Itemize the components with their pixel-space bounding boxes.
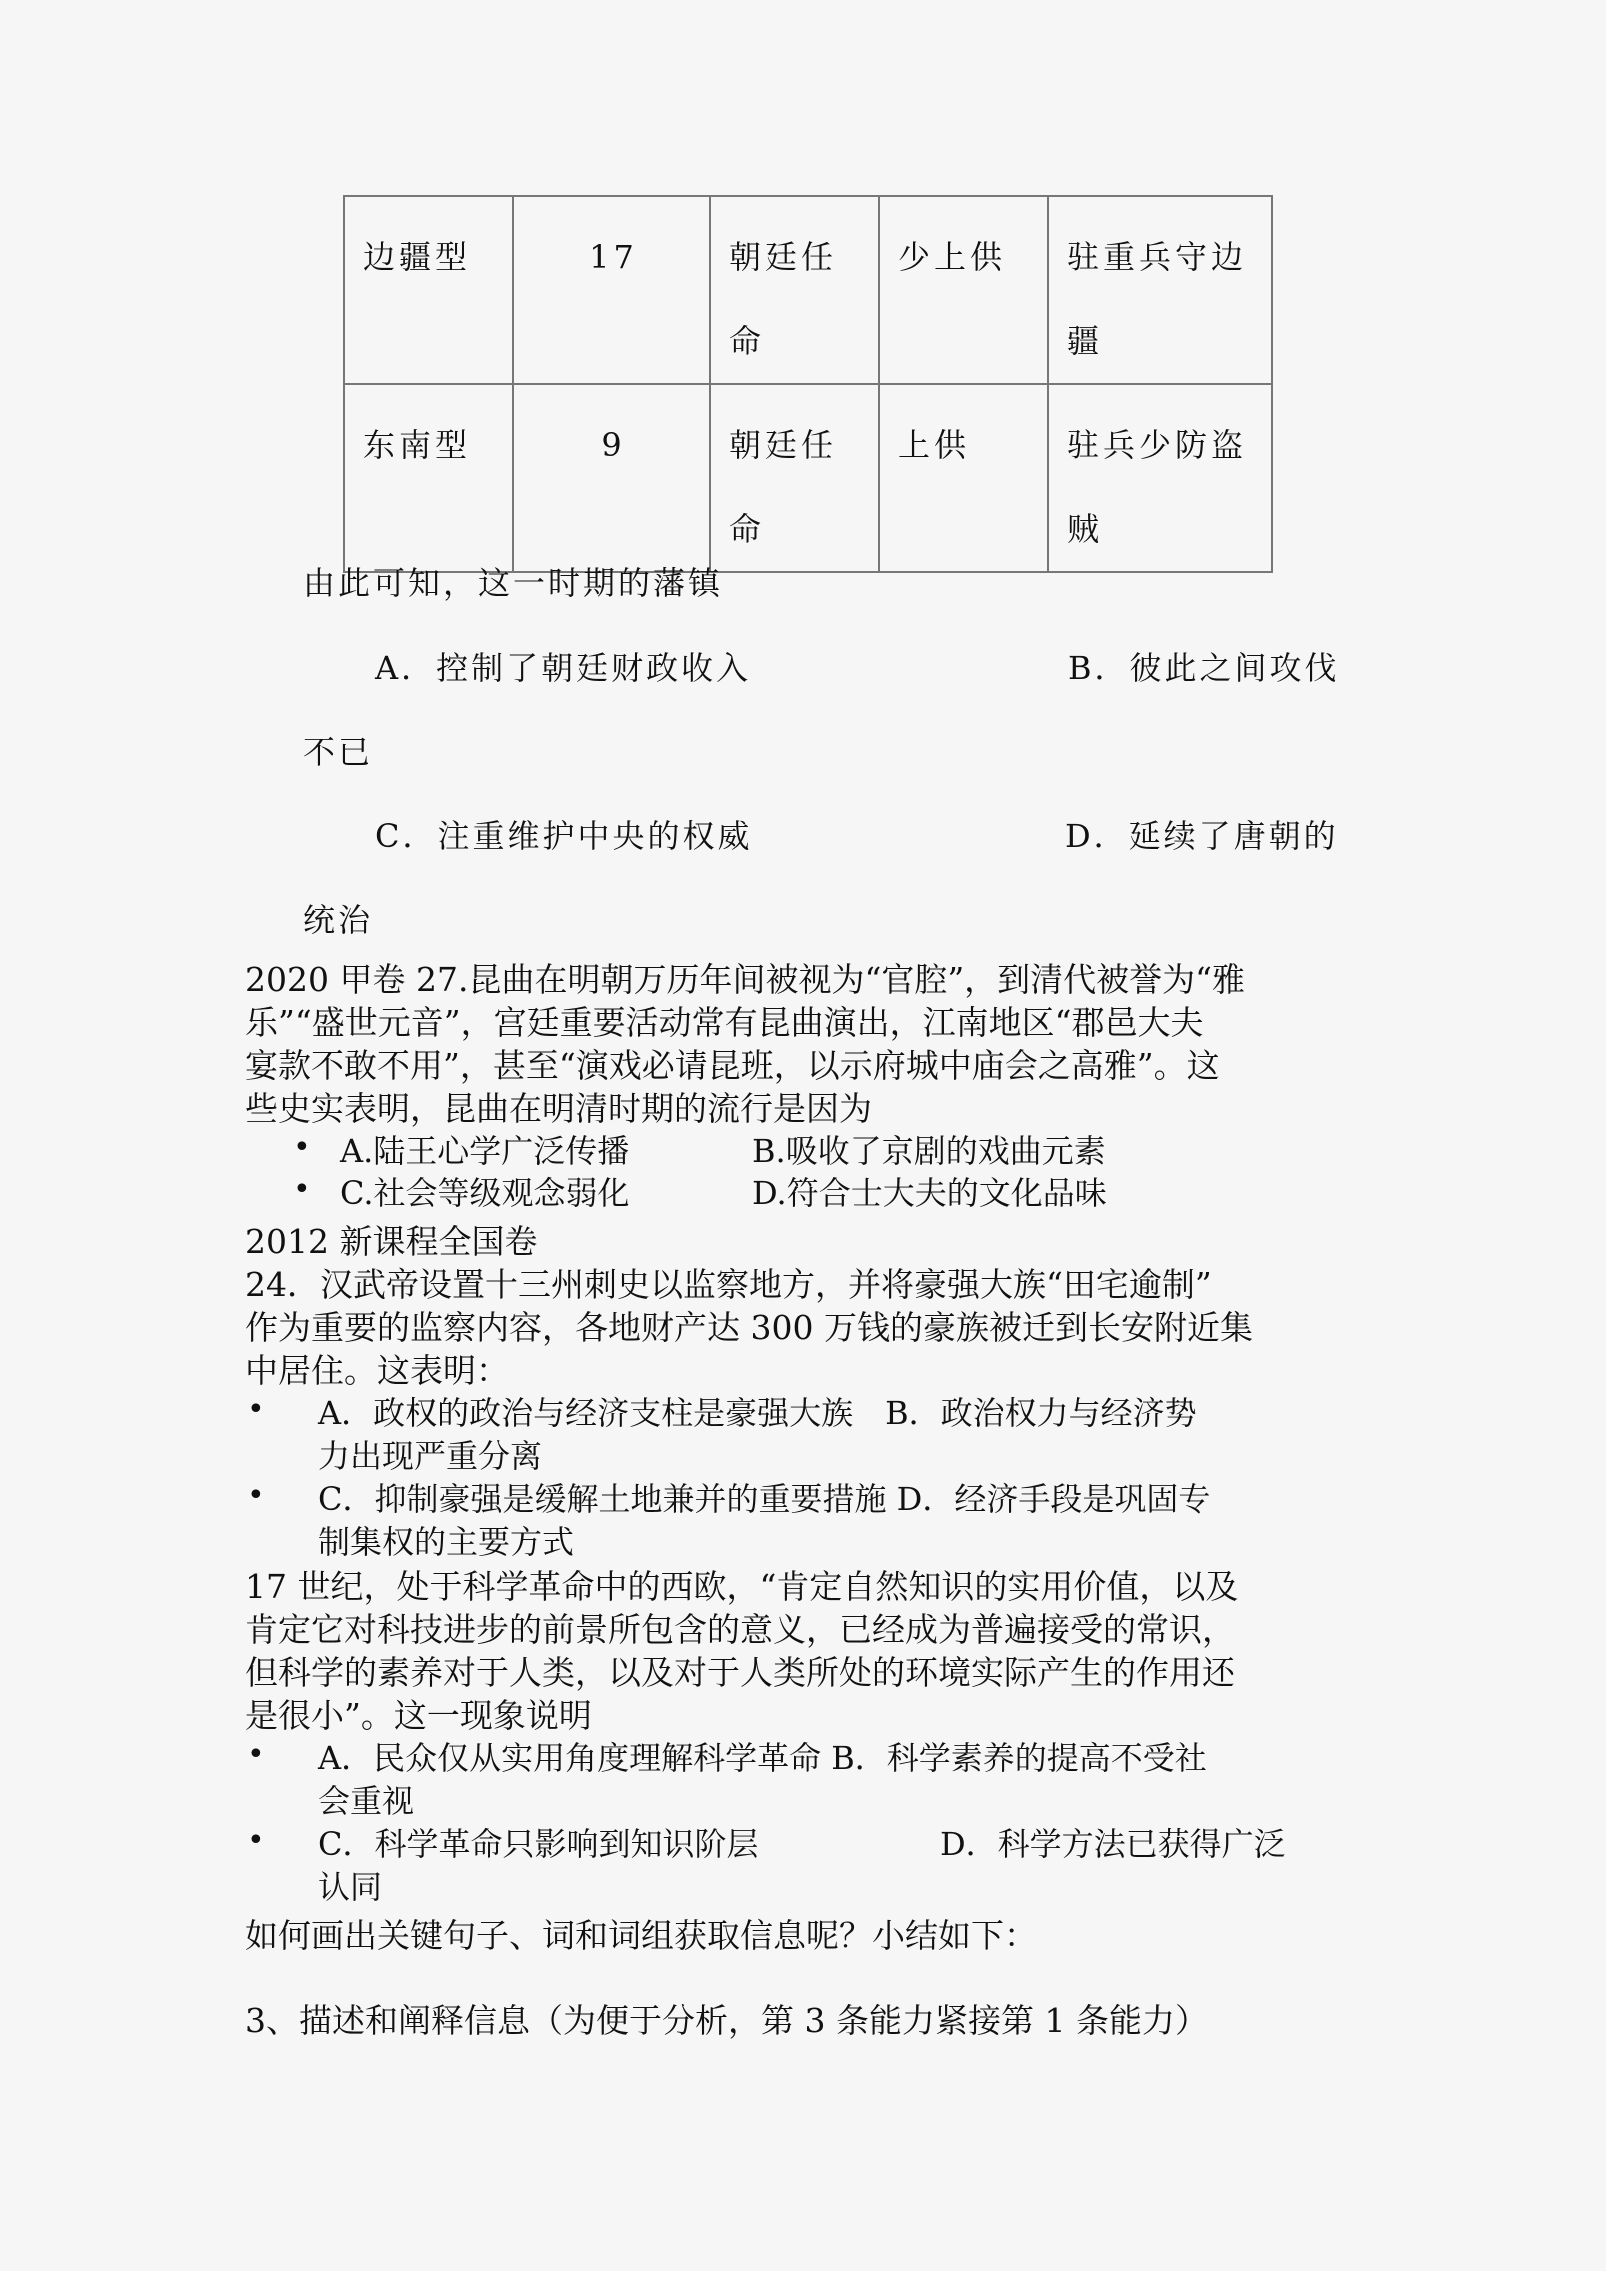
q4-line: 但科学的素养对于人类，以及对于人类所处的环境实际产生的作用还 — [245, 1651, 1370, 1694]
q4-option-c: C．科学革命只影响到知识阶层 — [318, 1823, 759, 1866]
q4-line: 17 世纪，处于科学革命中的西欧，“肯定自然知识的实用价值，以及 — [245, 1565, 1370, 1608]
table-row: 边疆型 17 朝廷任命 少上供 驻重兵守边疆 — [344, 196, 1272, 384]
military-line-1: 驻兵少防盗 — [1067, 403, 1257, 487]
q1-option-a: A．控制了朝廷财政收入 — [375, 643, 751, 689]
appointment-line-1: 朝廷任 — [729, 403, 864, 487]
q3-line: 作为重要的监察内容，各地财产达 300 万钱的豪族被迁到长安附近集 — [245, 1306, 1370, 1349]
appointment-cell: 朝廷任命 — [710, 196, 879, 384]
type-cell: 东南型 — [344, 384, 513, 572]
q3-block: 2012 新课程全国卷 24．汉武帝设置十三州刺史以监察地方，并将豪强大族“田宅… — [245, 1220, 1370, 1392]
tribute-cell: 上供 — [879, 384, 1048, 572]
type-cell: 边疆型 — [344, 196, 513, 384]
q3-line: 中居住。这表明： — [245, 1349, 1370, 1392]
appointment-line-2: 命 — [729, 299, 864, 383]
q4-option-d: D．科学方法已获得广泛 — [940, 1823, 1286, 1866]
q4-option-ab: A．民众仅从实用角度理解科学革命 B．科学素养的提高不受社 — [318, 1737, 1207, 1780]
summary-question: 如何画出关键句子、词和词组获取信息呢？小结如下： — [245, 1910, 1037, 1957]
bullet-icon: • — [247, 1392, 265, 1427]
appointment-line-2: 命 — [729, 487, 864, 571]
q1-option-b: B．彼此之间攻伐 — [1068, 643, 1340, 689]
q2-option-b: B.吸收了京剧的戏曲元素 — [752, 1130, 1106, 1173]
appointment-line-1: 朝廷任 — [729, 215, 864, 299]
q4-line: 是很小”。这一现象说明 — [245, 1694, 1370, 1737]
military-line-2: 疆 — [1067, 299, 1257, 383]
q1-stem: 由此可知，这一时期的藩镇 — [303, 558, 723, 604]
q3-line: 24．汉武帝设置十三州刺史以监察地方，并将豪强大族“田宅逾制” — [245, 1263, 1370, 1306]
q2-line: 些史实表明，昆曲在明清时期的流行是因为 — [245, 1087, 1370, 1130]
q3-source: 2012 新课程全国卷 — [245, 1220, 1370, 1263]
q2-option-d: D.符合士大夫的文化品味 — [752, 1172, 1107, 1215]
table-row: 东南型 9 朝廷任命 上供 驻兵少防盗贼 — [344, 384, 1272, 572]
summary-heading: 3、描述和阐释信息（为便于分析，第 3 条能力紧接第 1 条能力） — [245, 1995, 1208, 2042]
q4-stem: 17 世纪，处于科学革命中的西欧，“肯定自然知识的实用价值，以及 肯定它对科技进… — [245, 1565, 1370, 1737]
q1-option-d-cont: 统治 — [303, 895, 373, 941]
tribute-cell: 少上供 — [879, 196, 1048, 384]
q4-line: 肯定它对科技进步的前景所包含的意义，已经成为普遍接受的常识， — [245, 1608, 1370, 1651]
military-cell: 驻兵少防盗贼 — [1048, 384, 1272, 572]
count-cell: 17 — [513, 196, 710, 384]
bullet-icon: • — [293, 1172, 311, 1207]
count-cell: 9 — [513, 384, 710, 572]
military-line-2: 贼 — [1067, 487, 1257, 571]
bullet-icon: • — [293, 1130, 311, 1165]
q2-stem: 2020 甲卷 27.昆曲在明朝万历年间被视为“官腔”，到清代被誉为“雅 乐”“… — [245, 958, 1370, 1130]
q3-option-ab: A．政权的政治与经济支柱是豪强大族 B．政治权力与经济势 — [318, 1392, 1197, 1435]
q4-option-ab-cont: 会重视 — [318, 1780, 414, 1823]
appointment-cell: 朝廷任命 — [710, 384, 879, 572]
fanzhen-table: 边疆型 17 朝廷任命 少上供 驻重兵守边疆 东南型 9 朝廷任命 上供 驻兵少… — [343, 195, 1273, 573]
q2-line: 宴款不敢不用”，甚至“演戏必请昆班，以示府城中庙会之高雅”。这 — [245, 1044, 1370, 1087]
q1-option-d: D．延续了唐朝的 — [1065, 811, 1339, 857]
bullet-icon: • — [247, 1478, 265, 1513]
bullet-icon: • — [247, 1737, 265, 1772]
q2-option-c: C.社会等级观念弱化 — [340, 1172, 630, 1215]
q3-option-cd: C．抑制豪强是缓解土地兼并的重要措施 D．经济手段是巩固专 — [318, 1478, 1210, 1521]
q4-option-d-cont: 认同 — [318, 1866, 382, 1909]
military-line-1: 驻重兵守边 — [1067, 215, 1257, 299]
q3-option-ab-cont: 力出现严重分离 — [318, 1435, 542, 1478]
q2-line: 乐”“盛世元音”，宫廷重要活动常有昆曲演出，江南地区“郡邑大夫 — [245, 1001, 1370, 1044]
q2-option-a: A.陆王心学广泛传播 — [340, 1130, 629, 1173]
military-cell: 驻重兵守边疆 — [1048, 196, 1272, 384]
q3-option-cd-cont: 制集权的主要方式 — [318, 1521, 574, 1564]
q1-option-c: C．注重维护中央的权威 — [375, 811, 753, 857]
bullet-icon: • — [247, 1823, 265, 1858]
q1-option-b-cont: 不已 — [303, 727, 373, 773]
q2-line: 2020 甲卷 27.昆曲在明朝万历年间被视为“官腔”，到清代被誉为“雅 — [245, 958, 1370, 1001]
